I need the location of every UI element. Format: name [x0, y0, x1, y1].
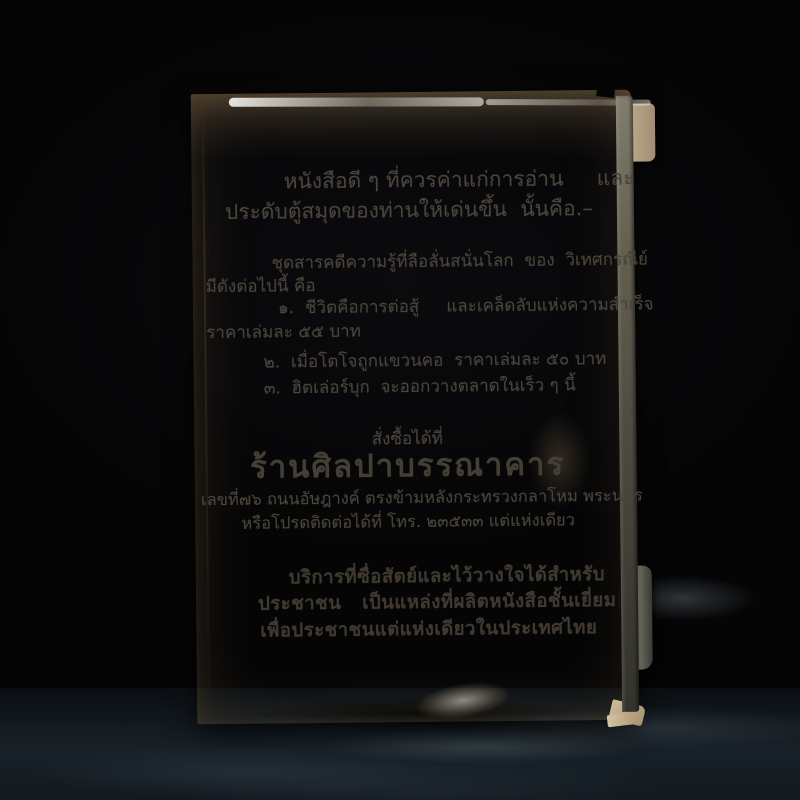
- slogan-line-1: บริการที่ซื่อสัตย์และไว้วางใจได้สำหรับ: [289, 566, 605, 588]
- worn-paper-patch: [413, 677, 513, 725]
- book-list-item-3: ๓. ฮิตเล่อร์บุก จะออกวางตลาดในเร็ว ๆ นี้: [264, 377, 576, 397]
- tape-glare-strip: [229, 97, 484, 106]
- corner-notch: [596, 86, 615, 98]
- book-list-item-2: ๒. เมื่อโตโจถูกแขวนคอ ราคาเล่มละ ๕๐ บาท: [263, 351, 606, 372]
- book-list-item-1: ๑. ชีวิตคือการต่อสู้ และเคล็ดลับแห่งความ…: [278, 296, 654, 317]
- series-intro-line-1: ชุดสารคดีความรู้ที่ลือลั่นสนั่นโลก ของ ว…: [271, 252, 648, 273]
- slogan-line-3: เพื่อประชาชนแต่แห่งเดียวในประเทศไทย: [260, 619, 597, 641]
- intro-line-1: หนังสือดี ๆ ที่ควรค่าแก่การอ่าน และ: [284, 168, 635, 193]
- store-name: ร้านศิลปาบรรณาคาร: [200, 449, 614, 484]
- series-intro-line-2: มีดังต่อไปนี้ คือ: [206, 278, 316, 296]
- intro-line-2: ประดับตู้สมุดของท่านให้เด่นขึ้น นั้นคือ.…: [225, 198, 593, 223]
- slogan-line-2: ประชาชน เป็นแหล่งที่ผลิตหนังสือชั้นเยี่ย…: [258, 592, 617, 614]
- book-list-item-1-price: ราคาเล่มละ ๕๕ บาท: [206, 324, 361, 343]
- paper-crease: [202, 94, 211, 724]
- book-back-cover: หนังสือดี ๆ ที่ควรค่าแก่การอ่าน และ ประด…: [191, 90, 638, 725]
